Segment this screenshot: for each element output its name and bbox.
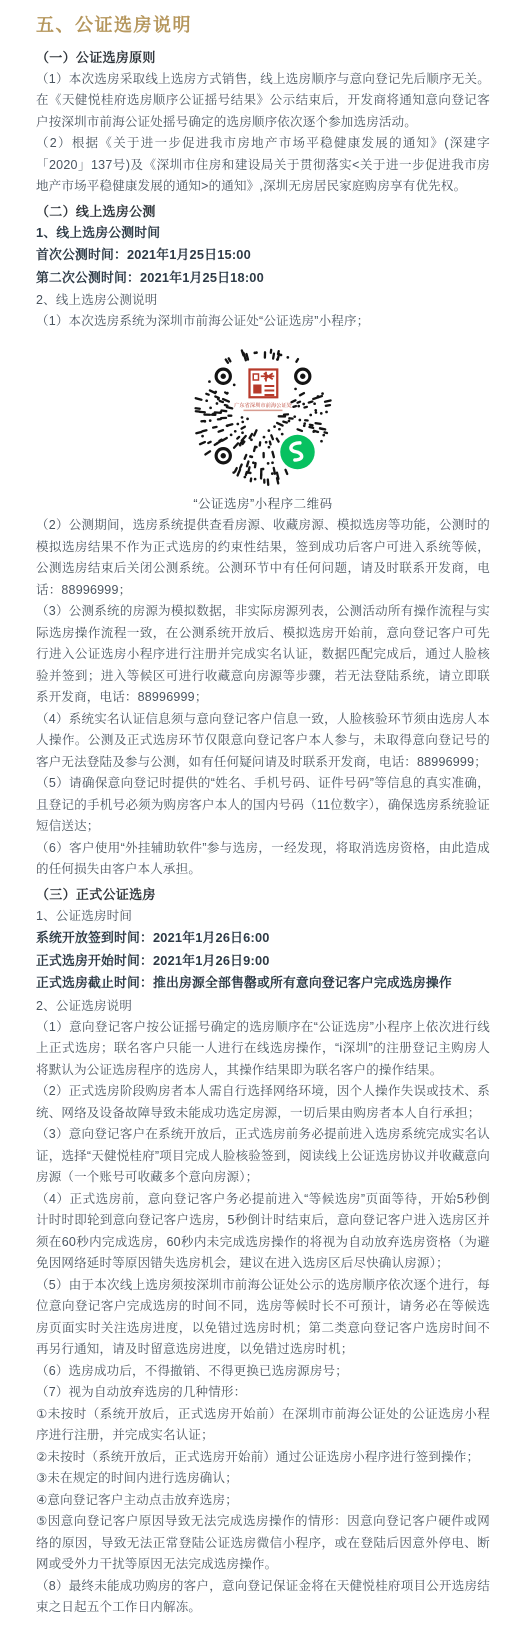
subsection-title: 1、线上选房公测时间 — [36, 222, 490, 244]
qr-code-image: 广东省深圳市前海公证处 — [188, 341, 338, 491]
section-heading: （二）线上选房公测 — [36, 201, 490, 223]
paragraph: （5）由于本次线上选房须按深圳市前海公证处公示的选房顺序依次逐个进行，每位意向登… — [36, 1275, 490, 1361]
paragraph: （1）本次选房系统为深圳市前海公证处“公证选房”小程序； — [36, 311, 490, 333]
wechat-logo-icon — [280, 434, 315, 469]
paragraph: （8）最终未能成功购房的客户，意向登记保证金将在天健悦桂府项目公开选房结束之日起… — [36, 1576, 490, 1619]
page-title: 五、公证选房说明 — [36, 12, 490, 38]
paragraph: （1）本次选房采取线上选房方式销售，线上选房顺序与意向登记先后顺序无关。在《天健… — [36, 69, 490, 134]
list-item: ⑤因意向登记客户原因导致无法完成选房操作的情形：因意向登记客户硬件或网络的原因，… — [36, 1511, 490, 1576]
paragraph: （6）客户使用“外挂辅助软件”参与选房，一经发现，将取消选房资格，由此造成的任何… — [36, 838, 490, 881]
list-item: ①未按时（系统开放后，正式选房开始前）在深圳市前海公证处的公证选房小程序进行注册… — [36, 1404, 490, 1447]
time-row: 正式选房开始时间：2021年1月26日9:00 — [36, 950, 490, 973]
time-row: 首次公测时间：2021年1月25日15:00 — [36, 244, 490, 267]
paragraph: （2）正式选房阶段购房者本人需自行选择网络环境，因个人操作失误或技术、系统、网络… — [36, 1081, 490, 1124]
subsection-title: 1、公证选房时间 — [36, 905, 490, 927]
paragraph: （5）请确保意向登记时提供的“姓名、手机号码、证件号码”等信息的真实准确，且登记… — [36, 773, 490, 838]
section-heading: （三）正式公证选房 — [36, 884, 490, 906]
paragraph: （2）根据《关于进一步促进我市房地产市场平稳健康发展的通知》(深建字「2020」… — [36, 133, 490, 198]
qr-position-marker-top-left — [216, 369, 230, 383]
time-row: 第二次公测时间：2021年1月25日18:00 — [36, 267, 490, 290]
document-page: 五、公证选房说明 （一）公证选房原则 （1）本次选房采取线上选房方式销售，线上选… — [0, 0, 526, 1643]
notary-seal: 广东省深圳市前海公证处 — [234, 369, 292, 411]
paragraph: （6）选房成功后，不得撤销、不得更换已选房源房号； — [36, 1361, 490, 1383]
paragraph: （4）系统实名认证信息须与意向登记客户信息一致，人脸核验环节须由选房人本人操作。… — [36, 709, 490, 774]
qr-seal-text: 广东省深圳市前海公证处 — [234, 401, 292, 409]
list-item: ③未在规定的时间内进行选房确认； — [36, 1468, 490, 1490]
paragraph: （7）视为自动放弃选房的几种情形： — [36, 1382, 490, 1404]
qr-caption: “公证选房”小程序二维码 — [36, 494, 490, 516]
section-formal-notarized-selection: （三）正式公证选房 1、公证选房时间 系统开放签到时间：2021年1月26日6:… — [36, 884, 490, 1619]
qr-code-block: 广东省深圳市前海公证处 “公证选房”小程序二维码 — [36, 341, 490, 516]
qr-position-marker-top-right — [296, 369, 310, 383]
section-heading: （一）公证选房原则 — [36, 47, 490, 69]
seal-fine-print-line — [244, 409, 283, 411]
list-item: ④意向登记客户主动点击放弃选房； — [36, 1490, 490, 1512]
paragraph: （2）公测期间，选房系统提供查看房源、收藏房源、模拟选房等功能，公测时的模拟选房… — [36, 515, 490, 601]
paragraph: （1）意向登记客户按公证摇号确定的选房顺序在“公证选房”小程序上依次进行线上正式… — [36, 1017, 490, 1082]
list-item: ②未按时（系统开放后，正式选房开始前）通过公证选房小程序进行签到操作； — [36, 1447, 490, 1469]
section-online-beta-test: （二）线上选房公测 1、线上选房公测时间 首次公测时间：2021年1月25日15… — [36, 201, 490, 881]
time-row: 正式选房截止时间：推出房源全部售罄或所有意向登记客户完成选房操作 — [36, 972, 490, 995]
subsection-title: 2、公证选房说明 — [36, 995, 490, 1017]
section-notarized-selection-principles: （一）公证选房原则 （1）本次选房采取线上选房方式销售，线上选房顺序与意向登记先… — [36, 47, 490, 198]
qr-position-marker-bottom-left — [216, 448, 230, 462]
paragraph: （4）正式选房前，意向登记客户务必提前进入“等候选房”页面等待，开始5秒倒计时时… — [36, 1189, 490, 1275]
paragraph: （3）公测系统的房源为模拟数据，非实际房源列表，公测活动所有操作流程与实际选房操… — [36, 601, 490, 709]
paragraph: （3）意向登记客户在系统开放后，正式选房前务必提前进入选房系统完成实名认证，选择… — [36, 1124, 490, 1189]
subsection-title: 2、线上选房公测说明 — [36, 289, 490, 311]
time-row: 系统开放签到时间：2021年1月26日6:00 — [36, 927, 490, 950]
